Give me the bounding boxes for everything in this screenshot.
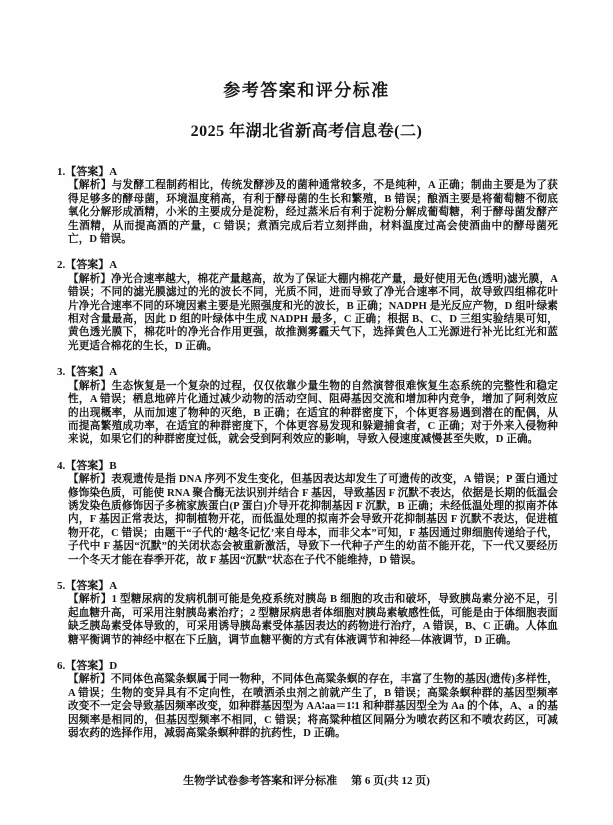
answer-key-page: 参考答案和评分标准 2025 年湖北省新高考信息卷(二) 1.【答案】A 【解析… [0,0,613,825]
footer-page-number: 第 6 页(共 12 页) [351,775,430,787]
question-analysis: 【解析】净光合速率越大，棉花产量越高，故为了保证大棚内棉花产量，最好使用无色(透… [68,273,558,353]
question-block: 6.【答案】D 【解析】不同体色高粱条螟属于同一物种，不同体色高粱条螟的存在，丰… [57,660,558,740]
page-title: 参考答案和评分标准 [0,0,613,101]
question-answer-line: 6.【答案】D [57,660,558,673]
question-answer: 【答案】B [65,460,116,472]
question-answer-line: 5.【答案】A [57,580,558,593]
question-analysis: 【解析】1 型糖尿病的发病机制可能是免疫系统对胰岛 B 细胞的攻击和破坏，导致胰… [68,593,558,647]
question-answer: 【答案】A [65,259,117,271]
questions: 1.【答案】A 【解析】与发酵工程制药相比，传统发酵涉及的菌种通常较多，不是纯种… [57,166,558,740]
question-number: 6. [57,660,65,672]
question-analysis: 【解析】表观遗传是指 DNA 序列不发生变化，但基因表达却发生了可遗传的改变，A… [68,473,558,567]
question-number: 4. [57,460,65,472]
question-block: 3.【答案】A 【解析】生态恢复是一个复杂的过程，仅仅依靠少量生物的自然演替很难… [57,366,558,446]
question-answer-line: 4.【答案】B [57,460,558,473]
page-footer: 生物学试卷参考答案和评分标准第 6 页(共 12 页) [0,772,613,788]
question-answer: 【答案】A [65,166,117,178]
question-answer: 【答案】D [65,660,117,672]
question-number: 1. [57,166,65,178]
question-block: 5.【答案】A 【解析】1 型糖尿病的发病机制可能是免疫系统对胰岛 B 细胞的攻… [57,580,558,647]
question-answer-line: 1.【答案】A [57,166,558,179]
question-block: 4.【答案】B 【解析】表观遗传是指 DNA 序列不发生变化，但基因表达却发生了… [57,460,558,567]
question-number: 3. [57,366,65,378]
question-analysis: 【解析】与发酵工程制药相比，传统发酵涉及的菌种通常较多，不是纯种，A 正确；制曲… [68,179,558,246]
question-answer: 【答案】A [65,366,117,378]
page-subtitle: 2025 年湖北省新高考信息卷(二) [0,118,613,141]
question-answer-line: 3.【答案】A [57,366,558,379]
question-number: 5. [57,580,65,592]
question-block: 2.【答案】A 【解析】净光合速率越大，棉花产量越高，故为了保证大棚内棉花产量，… [57,259,558,353]
question-analysis: 【解析】不同体色高粱条螟属于同一物种，不同体色高粱条螟的存在，丰富了生物的基因(… [68,673,558,740]
question-analysis: 【解析】生态恢复是一个复杂的过程，仅仅依靠少量生物的自然演替很难恢复生态系统的完… [68,380,558,447]
question-answer: 【答案】A [65,580,117,592]
question-number: 2. [57,259,65,271]
question-answer-line: 2.【答案】A [57,259,558,272]
footer-document-name: 生物学试卷参考答案和评分标准 [183,775,337,787]
question-block: 1.【答案】A 【解析】与发酵工程制药相比，传统发酵涉及的菌种通常较多，不是纯种… [57,166,558,246]
